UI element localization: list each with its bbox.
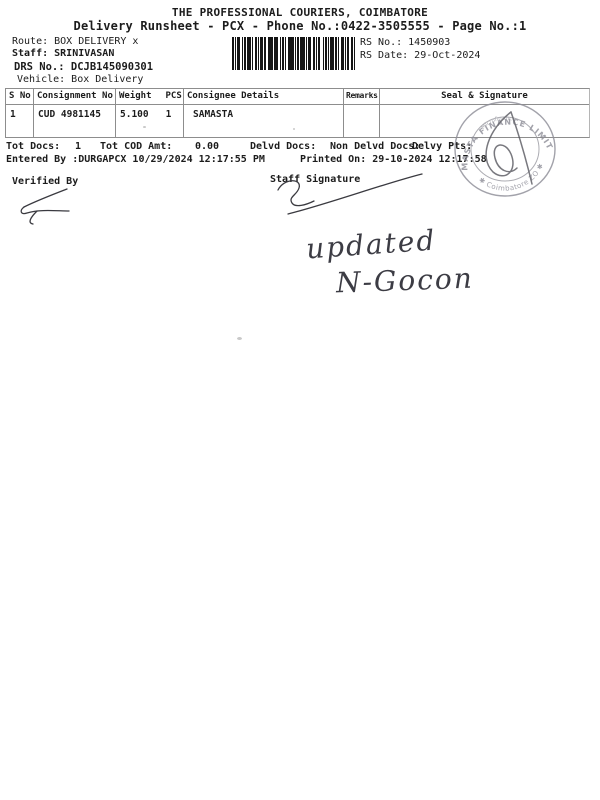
col-header-consignment: Consignment No [34,89,116,104]
tot-cod-value: 0.00 [195,141,219,152]
verified-by-signature [10,182,74,226]
drs-no-field: DRS No.: DCJB145090301 [14,61,153,73]
scan-speck [293,128,295,130]
barcode [232,37,355,70]
non-delvd-docs-label: Non Delvd Docs: [330,141,420,152]
staff-field: Staff: SRINIVASAN [12,48,114,59]
tot-docs-label: Tot Docs: [6,141,60,152]
route-field: Route: BOX DELIVERY x [12,36,138,47]
document-subtitle: Delivery Runsheet - PCX - Phone No.:0422… [0,19,600,33]
cell-weight: 5.100 [120,109,149,120]
col-header-pcs: PCS [166,91,182,101]
cell-sno: 1 [6,105,34,137]
delvd-docs-label: Delvd Docs: [250,141,316,152]
col-header-weight-pcs: WeightPCS [116,89,184,104]
vehicle-field: Vehicle: Box Delivery [17,74,143,85]
cell-remarks [344,105,380,137]
cell-consignment: CUD 4981145 [34,105,116,137]
col-header-consignee: Consignee Details [184,89,344,104]
tot-cod-label: Tot COD Amt: [100,141,172,152]
scan-speck [237,337,242,340]
cell-weight-pcs: 5.1001 [116,105,184,137]
staff-signature-scribble [270,168,426,216]
tot-docs-value: 1 [75,141,81,152]
cell-consignee: SAMASTA [184,105,344,137]
document-title: THE PROFESSIONAL COURIERS, COIMBATORE [0,6,600,19]
rs-no-field: RS No.: 1450903 [360,37,450,48]
handwritten-note-updated: updated [305,223,437,265]
scan-speck [143,126,146,128]
rs-date-field: RS Date: 29-Oct-2024 [360,50,480,61]
entered-by-line: Entered By :DURGAPCX 10/29/2024 12:17:55… [6,154,265,165]
handwritten-note-name: N-Gocon [335,262,474,300]
col-header-sno: S No [6,89,34,104]
delivery-runsheet-document: THE PROFESSIONAL COURIERS, COIMBATORE De… [0,0,600,800]
col-header-remarks: Remarks [344,89,380,104]
company-seal-stamp: SAMASTA FINANCE LIMITED ✱ Coimbatore ZO … [450,98,560,200]
cell-pcs: 1 [166,109,172,120]
col-header-weight: Weight [119,91,152,101]
